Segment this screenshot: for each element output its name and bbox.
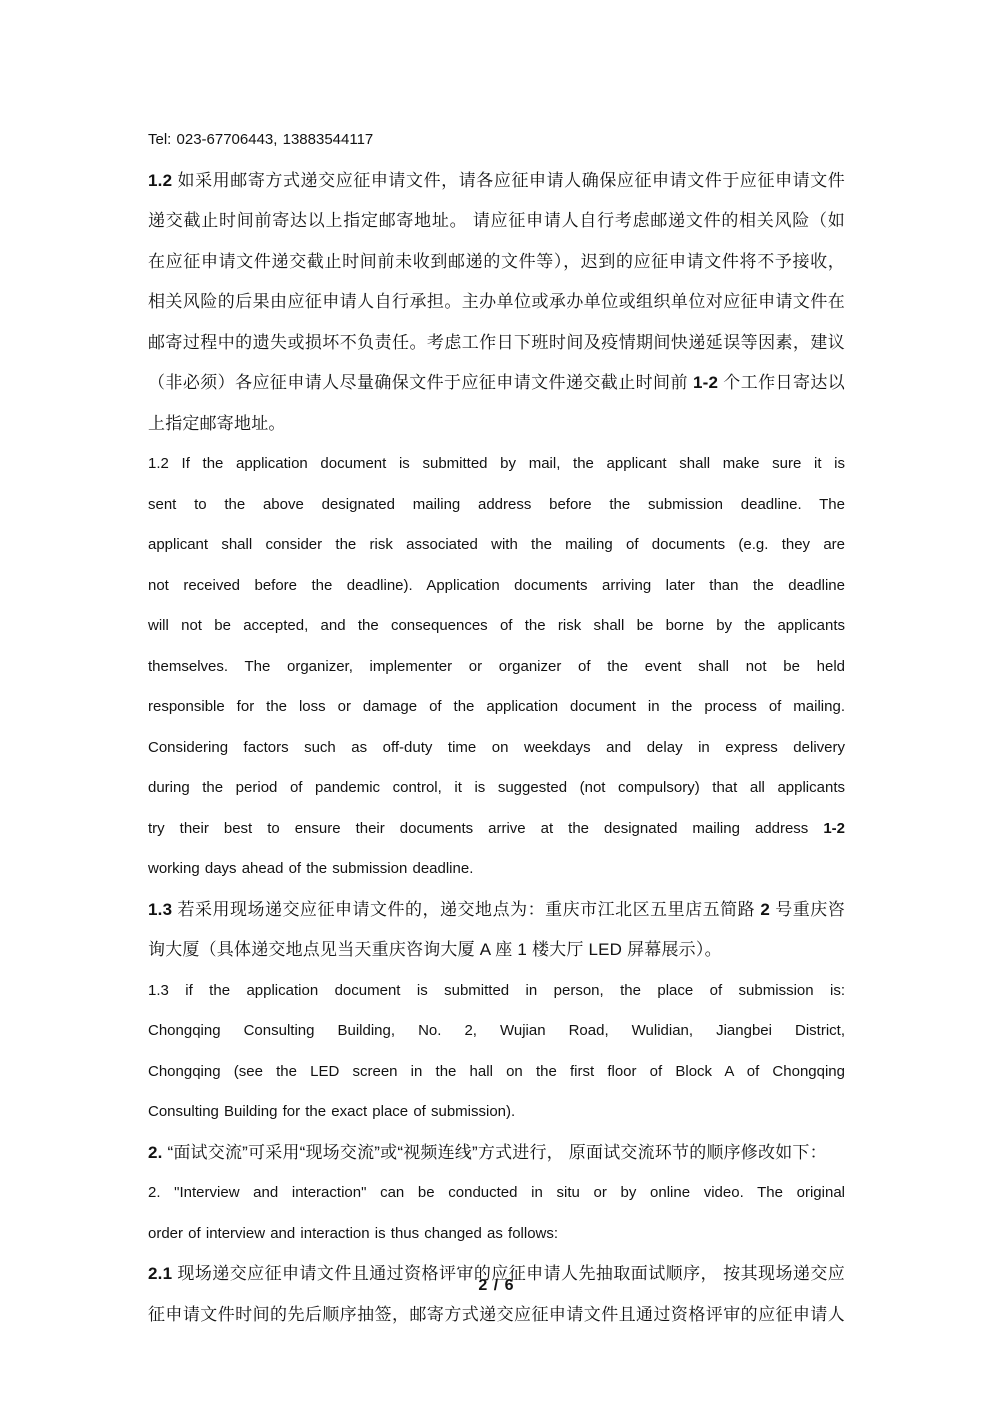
text-line: working days ahead of the submission dea… bbox=[148, 849, 845, 890]
text-line: Chongqing (see the LED screen in the hal… bbox=[148, 1052, 845, 1093]
text-line: themselves. The organizer, implementer o… bbox=[148, 647, 845, 688]
text-line: 在应征申请文件递交截止时间前未收到邮递的文件等），迟到的应征申请文件将不予接收， bbox=[148, 242, 845, 283]
paragraph-clause-1-3-en: 1.3 if the application document is submi… bbox=[148, 971, 845, 1133]
text-line: Tel: 023-67706443, 13883544117 bbox=[148, 120, 845, 161]
text-line: 1.2 If the application document is submi… bbox=[148, 444, 845, 485]
text-line: 征申请文件时间的先后顺序抽签，邮寄方式递交应征申请文件且通过资格评审的应征申请人 bbox=[148, 1295, 845, 1336]
paragraph-clause-1-2-zh: 1.2 如采用邮寄方式递交应征申请文件，请各应征申请人确保应征申请文件于应征申请… bbox=[148, 161, 845, 445]
text-line: not received before the deadline). Appli… bbox=[148, 566, 845, 607]
paragraph-contact-tel: Tel: 023-67706443, 13883544117 bbox=[148, 120, 845, 161]
text-line: 递交截止时间前寄达以上指定邮寄地址。 请应征申请人自行考虑邮递文件的相关风险（如 bbox=[148, 201, 845, 242]
text-line: order of interview and interaction is th… bbox=[148, 1214, 845, 1255]
text-line: 上指定邮寄地址。 bbox=[148, 404, 845, 445]
paragraph-clause-1-2-en: 1.2 If the application document is submi… bbox=[148, 444, 845, 890]
text-line: 2. "Interview and interaction" can be co… bbox=[148, 1173, 845, 1214]
page-number: 2 / 6 bbox=[0, 1277, 993, 1295]
text-line: Consulting Building for the exact place … bbox=[148, 1092, 845, 1133]
text-line: 询大厦（具体递交地点见当天重庆咨询大厦 A 座 1 楼大厅 LED 屏幕展示）。 bbox=[148, 930, 845, 971]
text-line: 1.2 如采用邮寄方式递交应征申请文件，请各应征申请人确保应征申请文件于应征申请… bbox=[148, 161, 845, 202]
text-line: 1.3 若采用现场递交应征申请文件的，递交地点为：重庆市江北区五里店五简路 2 … bbox=[148, 890, 845, 931]
text-line: during the period of pandemic control, i… bbox=[148, 768, 845, 809]
text-line: 2. “面试交流”可采用“现场交流”或“视频连线”方式进行， 原面试交流环节的顺… bbox=[148, 1133, 845, 1174]
paragraph-clause-2-en: 2. "Interview and interaction" can be co… bbox=[148, 1173, 845, 1254]
text-line: （非必须）各应征申请人尽量确保文件于应征申请文件递交截止时间前 1-2 个工作日… bbox=[148, 363, 845, 404]
document-page: Tel: 023-67706443, 138835441171.2 如采用邮寄方… bbox=[0, 0, 993, 1404]
text-line: 1.3 if the application document is submi… bbox=[148, 971, 845, 1012]
text-line: responsible for the loss or damage of th… bbox=[148, 687, 845, 728]
paragraph-clause-1-3-zh: 1.3 若采用现场递交应征申请文件的，递交地点为：重庆市江北区五里店五简路 2 … bbox=[148, 890, 845, 971]
paragraph-clause-2-zh: 2. “面试交流”可采用“现场交流”或“视频连线”方式进行， 原面试交流环节的顺… bbox=[148, 1133, 845, 1174]
text-line: 邮寄过程中的遗失或损坏不负责任。考虑工作日下班时间及疫情期间快递延误等因素，建议 bbox=[148, 323, 845, 364]
text-line: sent to the above designated mailing add… bbox=[148, 485, 845, 526]
text-line: Chongqing Consulting Building, No. 2, Wu… bbox=[148, 1011, 845, 1052]
text-line: try their best to ensure their documents… bbox=[148, 809, 845, 850]
document-content: Tel: 023-67706443, 138835441171.2 如采用邮寄方… bbox=[148, 120, 845, 1335]
text-line: applicant shall consider the risk associ… bbox=[148, 525, 845, 566]
text-line: will not be accepted, and the consequenc… bbox=[148, 606, 845, 647]
text-line: Considering factors such as off-duty tim… bbox=[148, 728, 845, 769]
text-line: 相关风险的后果由应征申请人自行承担。主办单位或承办单位或组织单位对应征申请文件在 bbox=[148, 282, 845, 323]
